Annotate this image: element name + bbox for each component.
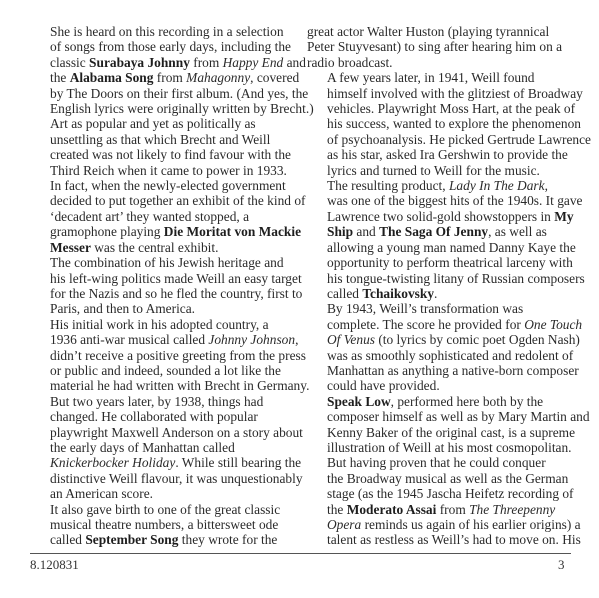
- text-line: of songs from those early days, includin…: [30, 39, 292, 54]
- text-run: decided to put together an exhibit of th…: [50, 193, 305, 208]
- text-line: material he had written with Brecht in G…: [30, 378, 292, 393]
- text-run: Third Reich when it came to power in 193…: [50, 163, 287, 178]
- text-run: could have provided.: [327, 378, 440, 393]
- italic-title: Knickerbocker Holiday: [50, 455, 175, 470]
- text-line: His initial work in his adopted country,…: [30, 317, 292, 332]
- text-line: gramophone playing Die Moritat von Macki…: [30, 224, 292, 239]
- text-run: changed. He collaborated with popular: [50, 409, 258, 424]
- text-run: was the central exhibit.: [91, 240, 219, 255]
- text-run: illustration of Weill at his most cosmop…: [327, 440, 572, 455]
- text-line: by The Doors on their first album. (And …: [30, 86, 292, 101]
- text-line: his tongue-twisting litany of Russian co…: [307, 271, 577, 286]
- text-run: ,: [295, 332, 298, 347]
- text-run: himself involved with the glitziest of B…: [327, 86, 583, 101]
- text-run: (to lyrics by comic poet Ogden Nash): [375, 332, 580, 347]
- bold-title: September Song: [85, 532, 178, 547]
- text-run: ‘decadent art’ they wanted stopped, a: [50, 209, 249, 224]
- text-line: Kenny Baker of the original cast, is a s…: [307, 425, 577, 440]
- text-run: radio broadcast.: [307, 55, 393, 70]
- text-line: radio broadcast.: [307, 55, 577, 70]
- text-run: ,: [545, 178, 548, 193]
- text-run: his success, wanted to explore the pheno…: [327, 116, 581, 131]
- text-run: classic: [50, 55, 89, 70]
- paragraph: The resulting product, Lady In The Dark,…: [307, 178, 577, 301]
- paragraph: It also gave birth to one of the great c…: [30, 502, 292, 548]
- text-run: , as well as: [488, 224, 547, 239]
- text-run: stage (as the 1945 Jascha Heifetz record…: [327, 486, 574, 501]
- text-run: was one of the biggest hits of the 1940s…: [327, 193, 583, 208]
- text-run: by The Doors on their first album. (And …: [50, 86, 308, 101]
- text-line: The combination of his Jewish heritage a…: [30, 255, 292, 270]
- text-run: the: [50, 70, 70, 85]
- text-line: Messer was the central exhibit.: [30, 240, 292, 255]
- paragraph: The combination of his Jewish heritage a…: [30, 255, 292, 317]
- italic-title: Lady In The Dark: [449, 178, 545, 193]
- bold-title: Tchaikovsky: [362, 286, 434, 301]
- text-run: great actor Walter Huston (playing tyran…: [307, 24, 549, 39]
- text-run: 1936 anti-war musical called: [50, 332, 208, 347]
- text-line: The resulting product, Lady In The Dark,: [307, 178, 577, 193]
- paragraph: His initial work in his adopted country,…: [30, 317, 292, 394]
- text-run: complete. The score he provided for: [327, 317, 524, 332]
- left-column: She is heard on this recording in a sele…: [30, 24, 292, 548]
- text-run: Paris, and then to America.: [50, 301, 195, 316]
- text-line: distinctive Weill flavour, it was unques…: [30, 471, 292, 486]
- text-run: gramophone playing: [50, 224, 164, 239]
- italic-title: The Threepenny: [469, 502, 555, 517]
- text-line: or public and indeed, sounded a lot like…: [30, 363, 292, 378]
- paragraph: By 1943, Weill’s transformation wascompl…: [307, 301, 577, 393]
- italic-title: Johnny Johnson: [208, 332, 295, 347]
- text-run: was as smoothly sophisticated and redole…: [327, 348, 573, 363]
- text-line: Manhattan as anything a native-born comp…: [307, 363, 577, 378]
- text-run: of songs from those early days, includin…: [50, 39, 291, 54]
- text-line: lyrics and turned to Weill for the music…: [307, 163, 577, 178]
- text-line: stage (as the 1945 Jascha Heifetz record…: [307, 486, 577, 501]
- text-run: vehicles. Playwright Moss Hart, at the p…: [327, 101, 575, 116]
- bold-title: Alabama Song: [70, 70, 154, 85]
- text-run: English lyrics were originally written b…: [50, 101, 314, 116]
- text-run: called: [50, 532, 85, 547]
- text-run: from: [153, 70, 186, 85]
- text-line: changed. He collaborated with popular: [30, 409, 292, 424]
- text-line: musical theatre numbers, a bittersweet o…: [30, 517, 292, 532]
- italic-title: Mahagonny: [186, 70, 250, 85]
- text-line: for the Nazis and so he fled the country…: [30, 286, 292, 301]
- text-run: In fact, when the newly-elected governme…: [50, 178, 286, 193]
- text-run: an American score.: [50, 486, 153, 501]
- text-line: 1936 anti-war musical called Johnny John…: [30, 332, 292, 347]
- text-line: opportunity to perform theatrical larcen…: [307, 255, 577, 270]
- bold-title: Ship: [327, 224, 353, 239]
- text-run: . While still bearing the: [175, 455, 301, 470]
- text-run: called: [327, 286, 362, 301]
- text-run: But two years later, by 1938, things had: [50, 394, 263, 409]
- text-line: his left-wing politics made Weill an eas…: [30, 271, 292, 286]
- text-run: playwright Maxwell Anderson on a story a…: [50, 425, 303, 440]
- paragraph: She is heard on this recording in a sele…: [30, 24, 292, 116]
- text-run: His initial work in his adopted country,…: [50, 317, 269, 332]
- text-line: called September Song they wrote for the: [30, 532, 292, 547]
- text-run: created was not likely to find favour wi…: [50, 147, 291, 162]
- bold-title: Messer: [50, 240, 91, 255]
- text-run: The resulting product,: [327, 178, 449, 193]
- paragraph: great actor Walter Huston (playing tyran…: [307, 24, 577, 70]
- italic-title: Opera: [327, 517, 361, 532]
- text-line: English lyrics were originally written b…: [30, 101, 292, 116]
- text-line: complete. The score he provided for One …: [307, 317, 577, 332]
- text-line: talent as restless as Weill’s had to mov…: [307, 532, 577, 547]
- text-line: could have provided.: [307, 378, 577, 393]
- text-run: opportunity to perform theatrical larcen…: [327, 255, 573, 270]
- text-line: Art as popular and yet as politically as: [30, 116, 292, 131]
- text-line: Lawrence two solid-gold showstoppers in …: [307, 209, 577, 224]
- text-run: , covered: [250, 70, 299, 85]
- paragraph: Speak Low, performed here both by thecom…: [307, 394, 577, 456]
- text-run: from: [190, 55, 223, 70]
- text-run: from: [436, 502, 469, 517]
- text-run: Art as popular and yet as politically as: [50, 116, 256, 131]
- text-run: lyrics and turned to Weill for the music…: [327, 163, 540, 178]
- text-run: A few years later, in 1941, Weill found: [327, 70, 535, 85]
- text-line: was as smoothly sophisticated and redole…: [307, 348, 577, 363]
- text-line: Paris, and then to America.: [30, 301, 292, 316]
- bold-title: Surabaya Johnny: [89, 55, 190, 70]
- text-line: composer himself as well as by Mary Mart…: [307, 409, 577, 424]
- text-run: and: [283, 55, 306, 70]
- text-line: But two years later, by 1938, things had: [30, 394, 292, 409]
- text-run: his tongue-twisting litany of Russian co…: [327, 271, 585, 286]
- text-run: or public and indeed, sounded a lot like…: [50, 363, 281, 378]
- text-line: Third Reich when it came to power in 193…: [30, 163, 292, 178]
- paragraph: Art as popular and yet as politically as…: [30, 116, 292, 178]
- text-line: allowing a young man named Danny Kaye th…: [307, 240, 577, 255]
- text-run: , performed here both by the: [391, 394, 543, 409]
- text-line: didn’t receive a positive greeting from …: [30, 348, 292, 363]
- text-line: Ship and The Saga Of Jenny, as well as: [307, 224, 577, 239]
- italic-title: One Touch: [524, 317, 582, 332]
- text-line: was one of the biggest hits of the 1940s…: [307, 193, 577, 208]
- text-line: Opera reminds us again of his earlier or…: [307, 517, 577, 532]
- text-line: as his star, asked Ira Gershwin to provi…: [307, 147, 577, 162]
- paragraph: In fact, when the newly-elected governme…: [30, 178, 292, 255]
- text-run: the Broadway musical as well as the Germ…: [327, 471, 568, 486]
- italic-title: Of Venus: [327, 332, 375, 347]
- text-run: Manhattan as anything a native-born comp…: [327, 363, 579, 378]
- right-column: great actor Walter Huston (playing tyran…: [307, 24, 577, 548]
- text-run: the: [327, 502, 347, 517]
- text-line: But having proven that he could conquer: [307, 455, 577, 470]
- text-run: Lawrence two solid-gold showstoppers in: [327, 209, 554, 224]
- text-line: great actor Walter Huston (playing tyran…: [307, 24, 577, 39]
- text-line: the Broadway musical as well as the Germ…: [307, 471, 577, 486]
- text-line: created was not likely to find favour wi…: [30, 147, 292, 162]
- text-run: allowing a young man named Danny Kaye th…: [327, 240, 576, 255]
- text-line: Speak Low, performed here both by the: [307, 394, 577, 409]
- text-line: Knickerbocker Holiday. While still beari…: [30, 455, 292, 470]
- text-line: By 1943, Weill’s transformation was: [307, 301, 577, 316]
- text-line: It also gave birth to one of the great c…: [30, 502, 292, 517]
- catalog-number: 8.120831: [30, 557, 79, 573]
- text-run: of psychoanalysis. He picked Gertrude La…: [327, 132, 591, 147]
- footer-rule: [30, 553, 571, 554]
- bold-title: My: [554, 209, 573, 224]
- paragraph: But two years later, by 1938, things had…: [30, 394, 292, 502]
- bold-title: Die Moritat von Mackie: [164, 224, 301, 239]
- text-line: the Moderato Assai from The Threepenny: [307, 502, 577, 517]
- italic-title: Happy End: [223, 55, 284, 70]
- text-run: the early days of Manhattan called: [50, 440, 235, 455]
- text-line: illustration of Weill at his most cosmop…: [307, 440, 577, 455]
- text-run: By 1943, Weill’s transformation was: [327, 301, 523, 316]
- text-run: they wrote for the: [178, 532, 277, 547]
- text-line: Peter Stuyvesant) to sing after hearing …: [307, 39, 577, 54]
- text-line: himself involved with the glitziest of B…: [307, 86, 577, 101]
- text-run: .: [434, 286, 437, 301]
- paragraph: But having proven that he could conquert…: [307, 455, 577, 547]
- text-line: the early days of Manhattan called: [30, 440, 292, 455]
- page-number: 3: [558, 557, 565, 573]
- text-line: called Tchaikovsky.: [307, 286, 577, 301]
- bold-title: Speak Low: [327, 394, 391, 409]
- bold-title: Moderato Assai: [347, 502, 437, 517]
- text-run: as his star, asked Ira Gershwin to provi…: [327, 147, 568, 162]
- text-run: his left-wing politics made Weill an eas…: [50, 271, 302, 286]
- text-line: She is heard on this recording in a sele…: [30, 24, 292, 39]
- text-run: It also gave birth to one of the great c…: [50, 502, 280, 517]
- text-run: But having proven that he could conquer: [327, 455, 546, 470]
- text-line: Of Venus (to lyrics by comic poet Ogden …: [307, 332, 577, 347]
- text-run: unsettling as that which Brecht and Weil…: [50, 132, 270, 147]
- text-run: distinctive Weill flavour, it was unques…: [50, 471, 303, 486]
- text-line: decided to put together an exhibit of th…: [30, 193, 292, 208]
- text-line: In fact, when the newly-elected governme…: [30, 178, 292, 193]
- text-run: for the Nazis and so he fled the country…: [50, 286, 302, 301]
- text-run: talent as restless as Weill’s had to mov…: [327, 532, 581, 547]
- text-line: of psychoanalysis. He picked Gertrude La…: [307, 132, 577, 147]
- text-line: unsettling as that which Brecht and Weil…: [30, 132, 292, 147]
- text-run: reminds us again of his earlier origins)…: [361, 517, 580, 532]
- text-line: ‘decadent art’ they wanted stopped, a: [30, 209, 292, 224]
- text-run: composer himself as well as by Mary Mart…: [327, 409, 590, 424]
- text-run: The combination of his Jewish heritage a…: [50, 255, 284, 270]
- text-line: his success, wanted to explore the pheno…: [307, 116, 577, 131]
- text-run: Kenny Baker of the original cast, is a s…: [327, 425, 575, 440]
- text-run: She is heard on this recording in a sele…: [50, 24, 284, 39]
- text-run: didn’t receive a positive greeting from …: [50, 348, 306, 363]
- text-line: playwright Maxwell Anderson on a story a…: [30, 425, 292, 440]
- paragraph: A few years later, in 1941, Weill foundh…: [307, 70, 577, 178]
- text-run: material he had written with Brecht in G…: [50, 378, 309, 393]
- text-run: Peter Stuyvesant) to sing after hearing …: [307, 39, 562, 54]
- text-line: classic Surabaya Johnny from Happy End a…: [30, 55, 292, 70]
- text-run: and: [353, 224, 379, 239]
- bold-title: The Saga Of Jenny: [379, 224, 488, 239]
- text-line: the Alabama Song from Mahagonny, covered: [30, 70, 292, 85]
- text-line: A few years later, in 1941, Weill found: [307, 70, 577, 85]
- text-line: vehicles. Playwright Moss Hart, at the p…: [307, 101, 577, 116]
- text-run: musical theatre numbers, a bittersweet o…: [50, 517, 278, 532]
- text-line: an American score.: [30, 486, 292, 501]
